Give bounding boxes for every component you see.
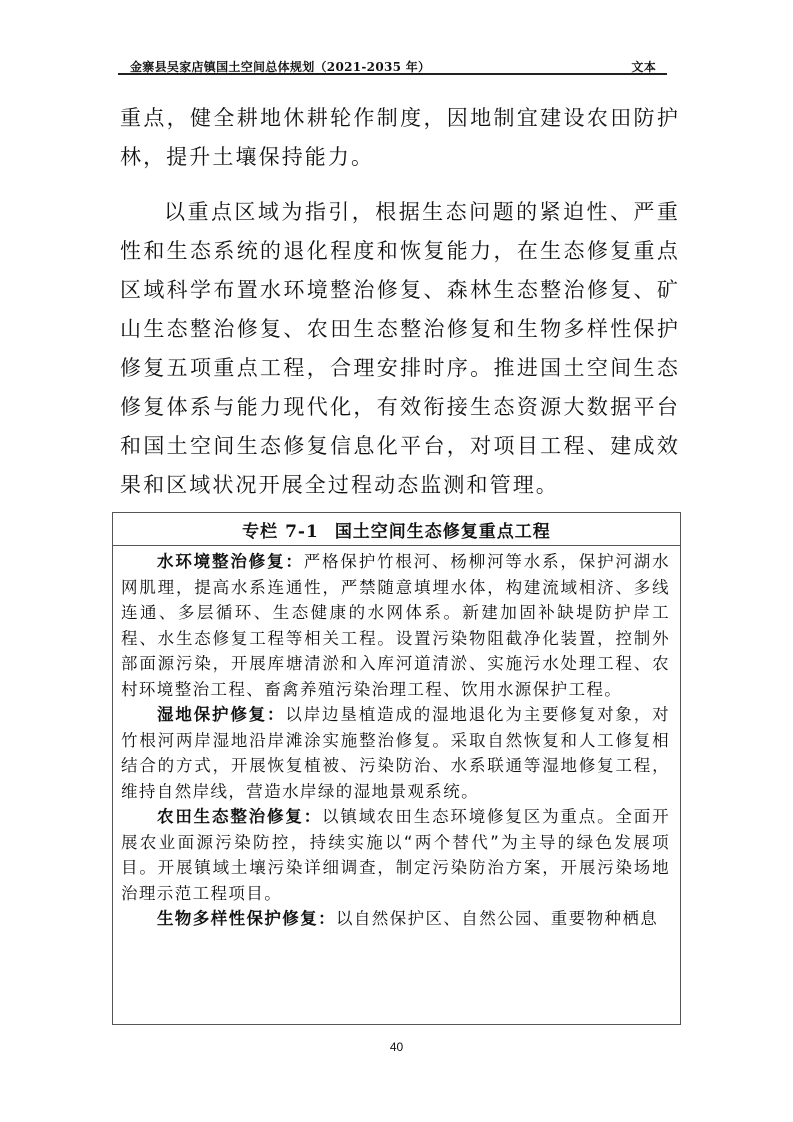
item-lead: 生物多样性保护修复： (157, 909, 336, 928)
page-number: 40 (0, 1040, 793, 1054)
item-text: 以自然保护区、自然公园、重要物种栖息 (336, 909, 658, 928)
running-header: 金寨县吴家店镇国土空间总体规划（2021-2035 年） 文本 (118, 58, 666, 74)
feature-box: 专栏 7-1 国土空间生态修复重点工程 水环境整治修复：严格保护竹根河、杨柳河等… (112, 512, 681, 1025)
feature-box-number: 专栏 7-1 (242, 517, 319, 542)
project-item-farmland: 农田生态整治修复：以镇域农田生态环境修复区为重点。全面开展农业面源污染防控，持续… (121, 804, 670, 906)
project-item-biodiversity: 生物多样性保护修复：以自然保护区、自然公园、重要物种栖息 (121, 906, 670, 932)
project-item-water: 水环境整治修复：严格保护竹根河、杨柳河等水系，保护河湖水网肌理，提高水系连通性，… (121, 549, 670, 702)
feature-box-title: 专栏 7-1 国土空间生态修复重点工程 (113, 513, 680, 546)
item-lead: 湿地保护修复： (157, 705, 285, 724)
item-lead: 农田生态整治修复： (157, 807, 322, 826)
header-divider (118, 73, 667, 75)
item-lead: 水环境整治修复： (157, 552, 304, 571)
body-paragraph: 以重点区域为指引，根据生态问题的紧迫性、严重性和生态系统的退化程度和恢复能力，在… (120, 193, 680, 505)
item-text: 严格保护竹根河、杨柳河等水系，保护河湖水网肌理，提高水系连通性，严禁随意填埋水体… (121, 552, 670, 699)
project-item-wetland: 湿地保护修复：以岸边垦植造成的湿地退化为主要修复对象，对竹根河两岸湿地沿岸滩涂实… (121, 702, 670, 804)
document-page: 金寨县吴家店镇国土空间总体规划（2021-2035 年） 文本 重点，健全耕地休… (0, 0, 793, 1122)
feature-box-content: 水环境整治修复：严格保护竹根河、杨柳河等水系，保护河湖水网肌理，提高水系连通性，… (113, 546, 680, 932)
feature-box-heading: 国土空间生态修复重点工程 (335, 517, 551, 542)
body-paragraph: 重点，健全耕地休耕轮作制度，因地制宜建设农田防护林，提升土壤保持能力。 (120, 99, 680, 177)
